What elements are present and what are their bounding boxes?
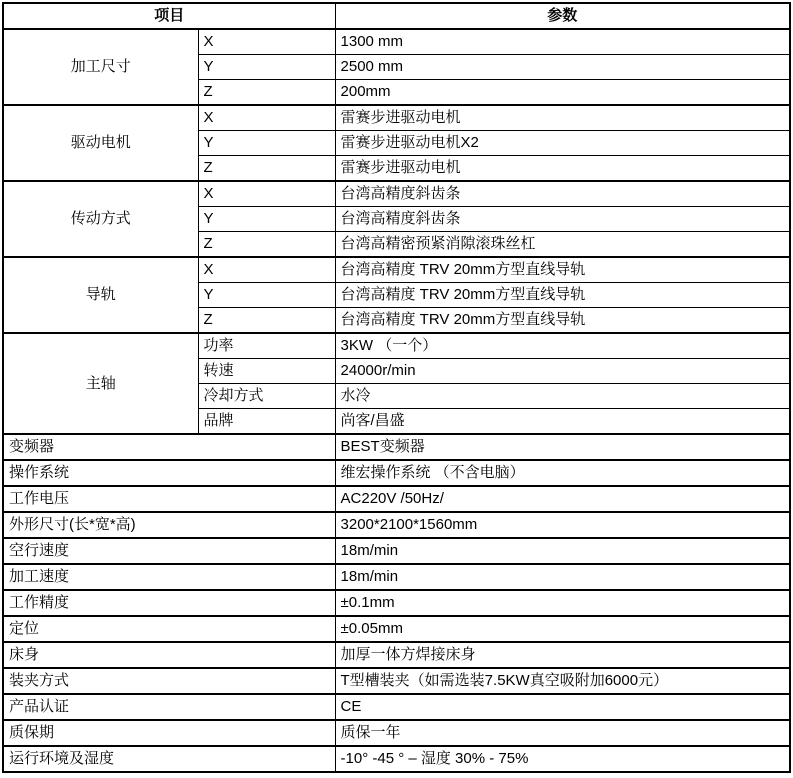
value-cell: 24000r/min xyxy=(335,359,790,384)
table-row: 主轴 功率 3KW （一个） xyxy=(3,333,790,359)
spec-label-cell: 冷却方式 xyxy=(198,384,335,409)
value-cell: 台湾高精度 TRV 20mm方型直线导轨 xyxy=(335,308,790,334)
axis-label-cell: Z xyxy=(198,308,335,334)
table-row: 质保期 质保一年 xyxy=(3,720,790,746)
table-row: 定位 ±0.05mm xyxy=(3,616,790,642)
value-cell: 水冷 xyxy=(335,384,790,409)
table-row: 装夹方式 T型槽装夹（如需选装7.5KW真空吸附加6000元） xyxy=(3,668,790,694)
row-label-cell: 工作电压 xyxy=(3,486,335,512)
table-row: 驱动电机 X 雷赛步进驱动电机 xyxy=(3,105,790,131)
row-label-cell: 质保期 xyxy=(3,720,335,746)
row-label-cell: 床身 xyxy=(3,642,335,668)
table-row: 变频器 BEST变频器 xyxy=(3,434,790,460)
value-cell: ±0.05mm xyxy=(335,616,790,642)
axis-label-cell: Z xyxy=(198,156,335,182)
table-row: 产品认证 CE xyxy=(3,694,790,720)
axis-label-cell: X xyxy=(198,257,335,283)
value-cell: 台湾高精度斜齿条 xyxy=(335,207,790,232)
axis-label-cell: X xyxy=(198,105,335,131)
value-cell: 雷赛步进驱动电机 xyxy=(335,156,790,182)
category-cell: 驱动电机 xyxy=(3,105,198,181)
value-cell: 台湾高精度 TRV 20mm方型直线导轨 xyxy=(335,257,790,283)
row-label-cell: 操作系统 xyxy=(3,460,335,486)
spec-label-cell: 转速 xyxy=(198,359,335,384)
spec-label-cell: 品牌 xyxy=(198,409,335,435)
axis-label-cell: Y xyxy=(198,207,335,232)
value-cell: 18m/min xyxy=(335,538,790,564)
table-row: 传动方式 X 台湾高精度斜齿条 xyxy=(3,181,790,207)
axis-label-cell: Y xyxy=(198,55,335,80)
table-row: 工作精度 ±0.1mm xyxy=(3,590,790,616)
value-cell: 18m/min xyxy=(335,564,790,590)
value-cell: 尚客/昌盛 xyxy=(335,409,790,435)
value-cell: 雷赛步进驱动电机 xyxy=(335,105,790,131)
table-row: 床身 加厚一体方焊接床身 xyxy=(3,642,790,668)
row-label-cell: 定位 xyxy=(3,616,335,642)
value-cell: 质保一年 xyxy=(335,720,790,746)
axis-label-cell: Z xyxy=(198,80,335,106)
row-label-cell: 空行速度 xyxy=(3,538,335,564)
value-cell: AC220V /50Hz/ xyxy=(335,486,790,512)
value-cell: 加厚一体方焊接床身 xyxy=(335,642,790,668)
col-header-item: 项目 xyxy=(3,3,335,29)
axis-label-cell: Z xyxy=(198,232,335,258)
row-label-cell: 工作精度 xyxy=(3,590,335,616)
category-cell: 加工尺寸 xyxy=(3,29,198,105)
value-cell: 雷赛步进驱动电机X2 xyxy=(335,131,790,156)
value-cell: 2500 mm xyxy=(335,55,790,80)
value-cell: CE xyxy=(335,694,790,720)
category-cell: 传动方式 xyxy=(3,181,198,257)
category-cell: 主轴 xyxy=(3,333,198,434)
axis-label-cell: X xyxy=(198,29,335,55)
value-cell: T型槽装夹（如需选装7.5KW真空吸附加6000元） xyxy=(335,668,790,694)
value-cell: 台湾高精密预紧消隙滚珠丝杠 xyxy=(335,232,790,258)
table-row: 外形尺寸(长*宽*高) 3200*2100*1560mm xyxy=(3,512,790,538)
row-label-cell: 运行环境及湿度 xyxy=(3,746,335,772)
value-cell: 1300 mm xyxy=(335,29,790,55)
value-cell: 维宏操作系统 （不含电脑） xyxy=(335,460,790,486)
value-cell: -10° -45 ° – 湿度 30% - 75% xyxy=(335,746,790,772)
header-row: 项目 参数 xyxy=(3,3,790,29)
value-cell: 台湾高精度斜齿条 xyxy=(335,181,790,207)
value-cell: ±0.1mm xyxy=(335,590,790,616)
category-cell: 导轨 xyxy=(3,257,198,333)
spec-label-cell: 功率 xyxy=(198,333,335,359)
value-cell: 3KW （一个） xyxy=(335,333,790,359)
row-label-cell: 外形尺寸(长*宽*高) xyxy=(3,512,335,538)
value-cell: BEST变频器 xyxy=(335,434,790,460)
table-row: 运行环境及湿度 -10° -45 ° – 湿度 30% - 75% xyxy=(3,746,790,772)
value-cell: 200mm xyxy=(335,80,790,106)
table-row: 空行速度 18m/min xyxy=(3,538,790,564)
table-row: 加工尺寸 X 1300 mm xyxy=(3,29,790,55)
row-label-cell: 加工速度 xyxy=(3,564,335,590)
spec-table: 项目 参数 加工尺寸 X 1300 mm Y 2500 mm Z 200mm 驱… xyxy=(2,2,791,773)
table-row: 操作系统 维宏操作系统 （不含电脑） xyxy=(3,460,790,486)
axis-label-cell: X xyxy=(198,181,335,207)
col-header-param: 参数 xyxy=(335,3,790,29)
table-row: 工作电压 AC220V /50Hz/ xyxy=(3,486,790,512)
row-label-cell: 装夹方式 xyxy=(3,668,335,694)
axis-label-cell: Y xyxy=(198,283,335,308)
value-cell: 3200*2100*1560mm xyxy=(335,512,790,538)
value-cell: 台湾高精度 TRV 20mm方型直线导轨 xyxy=(335,283,790,308)
row-label-cell: 产品认证 xyxy=(3,694,335,720)
row-label-cell: 变频器 xyxy=(3,434,335,460)
table-row: 导轨 X 台湾高精度 TRV 20mm方型直线导轨 xyxy=(3,257,790,283)
axis-label-cell: Y xyxy=(198,131,335,156)
table-row: 加工速度 18m/min xyxy=(3,564,790,590)
